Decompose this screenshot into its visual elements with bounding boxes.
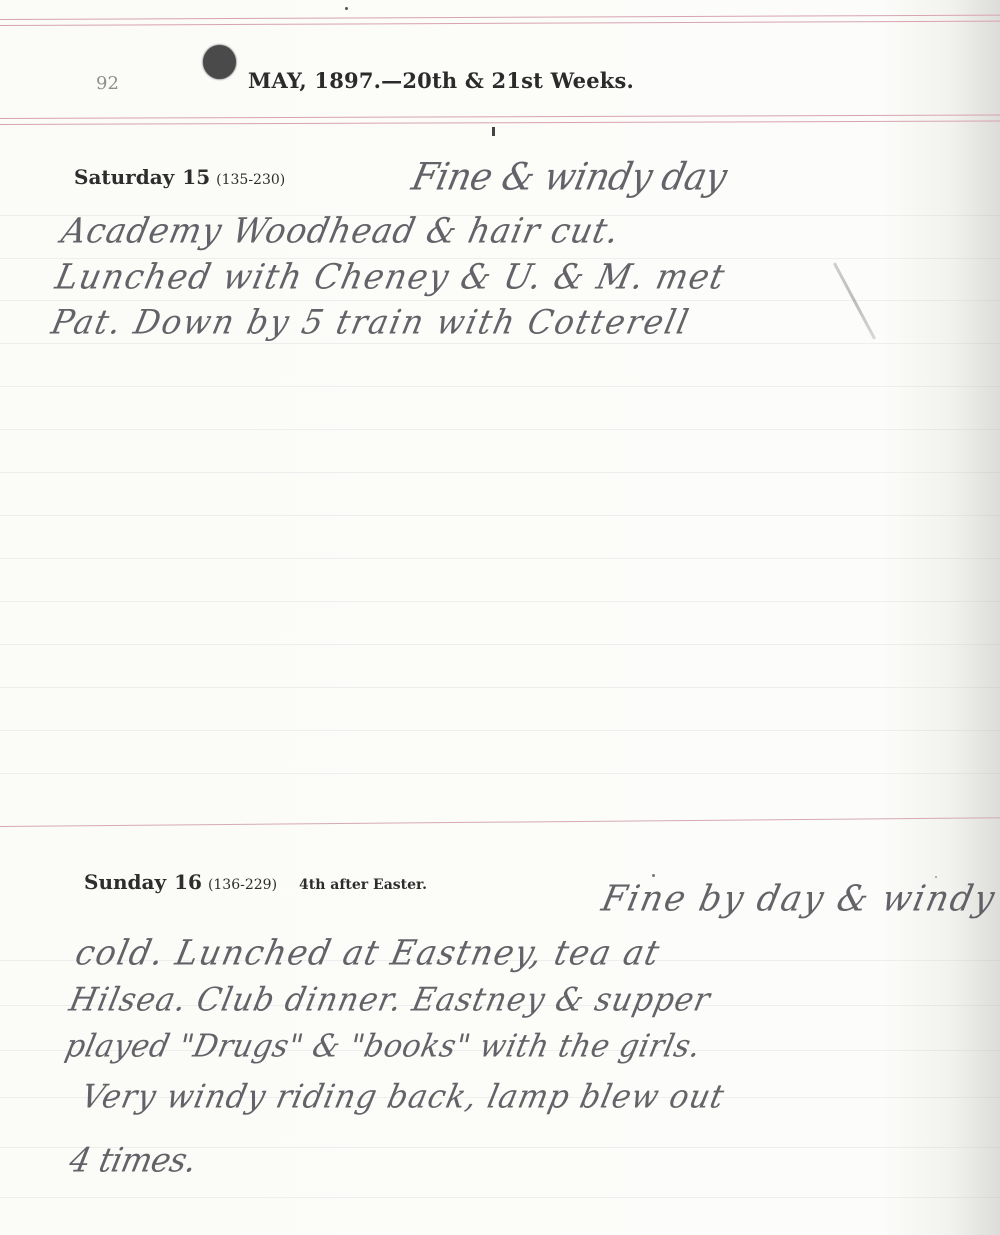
handwriting-line: Fine & windy day bbox=[408, 156, 730, 199]
handwriting-line: Academy Woodhead & hair cut. bbox=[58, 210, 623, 251]
handwriting-line: 4 times. bbox=[66, 1140, 200, 1180]
handwriting-line: cold. Lunched at Eastney, tea at bbox=[72, 932, 664, 973]
ruled-line bbox=[0, 515, 1000, 516]
diary-page: 92 MAY, 1897.—20th & 21st Weeks. Saturda… bbox=[0, 0, 1000, 1235]
handwriting-line: Very windy riding back, lamp blew out bbox=[78, 1078, 728, 1116]
day-divider-rule bbox=[0, 817, 1000, 827]
handwriting-line: Lunched with Cheney & U. & M. met bbox=[52, 256, 730, 297]
liturgical-note: 4th after Easter. bbox=[299, 877, 427, 893]
ruled-line bbox=[0, 773, 1000, 774]
day-name: Sunday bbox=[84, 870, 166, 894]
ruled-line bbox=[0, 472, 1000, 473]
ink-speck bbox=[652, 874, 655, 877]
header-bottom-rule bbox=[0, 115, 1000, 125]
page-title: MAY, 1897.—20th & 21st Weeks. bbox=[248, 68, 634, 93]
sunday-heading: Sunday16(136-229)4th after Easter. bbox=[84, 870, 427, 894]
handwriting-line: Hilsea. Club dinner. Eastney & supper bbox=[66, 981, 714, 1019]
day-date: 15 bbox=[182, 165, 210, 189]
handwriting-line: Pat. Down by 5 train with Cotterell bbox=[48, 302, 694, 342]
saturday-heading: Saturday15(135-230) bbox=[74, 165, 285, 189]
binding-hole bbox=[203, 45, 236, 79]
day-count: (135-230) bbox=[216, 172, 285, 188]
ink-speck bbox=[345, 7, 348, 10]
ruled-line bbox=[0, 386, 1000, 387]
handwriting-line: played "Drugs" & "books" with the girls. bbox=[62, 1028, 704, 1065]
ruled-line bbox=[0, 558, 1000, 559]
ruled-line bbox=[0, 1197, 1000, 1198]
day-count: (136-229) bbox=[208, 877, 277, 893]
ruled-line bbox=[0, 644, 1000, 645]
day-name: Saturday bbox=[74, 165, 174, 189]
page-number: 92 bbox=[96, 73, 119, 94]
ruled-line bbox=[0, 343, 1000, 344]
pencil-mark bbox=[833, 262, 876, 339]
ruled-line bbox=[0, 601, 1000, 602]
header-top-rule bbox=[0, 15, 1000, 26]
day-date: 16 bbox=[174, 870, 202, 894]
handwriting-line: Fine by day & windy bbox=[598, 878, 1000, 920]
ruled-line bbox=[0, 687, 1000, 688]
ruled-line bbox=[0, 429, 1000, 430]
ruled-line bbox=[0, 300, 1000, 301]
ruled-line bbox=[0, 730, 1000, 731]
ink-tick-mark bbox=[492, 127, 495, 136]
